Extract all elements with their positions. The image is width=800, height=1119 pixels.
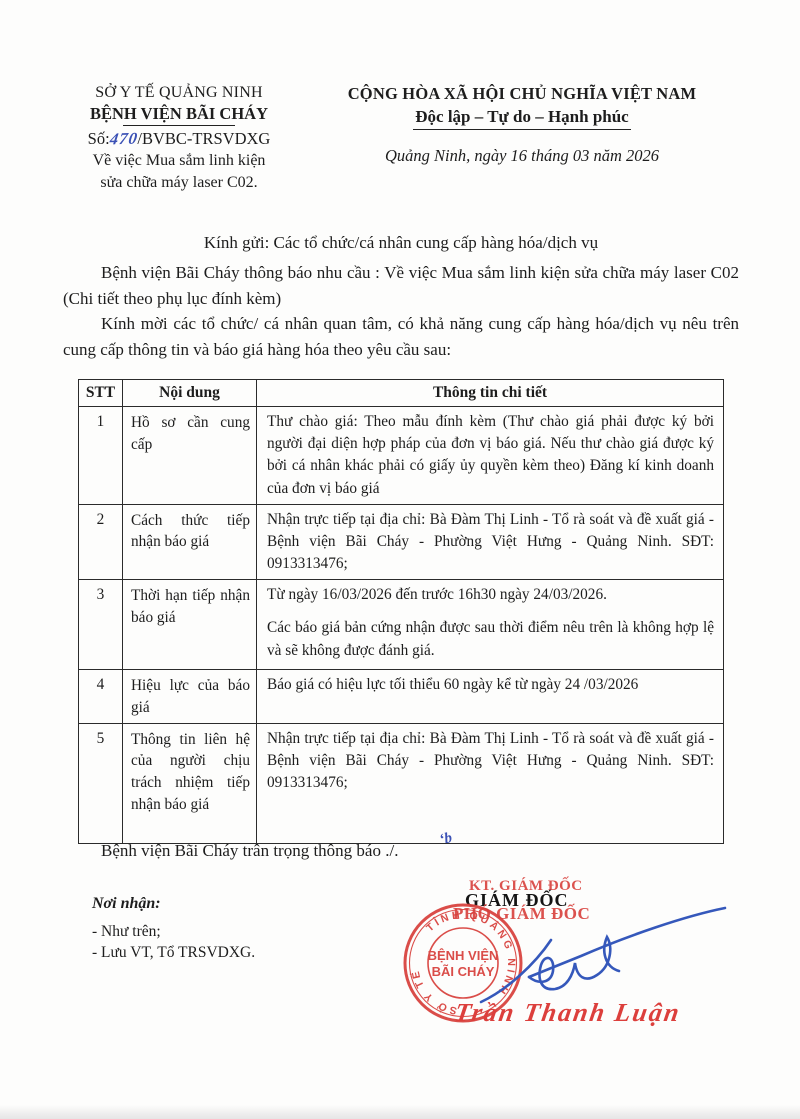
row-detail: Nhận trực tiếp tại địa chỉ: Bà Đàm Thị L… [257, 504, 724, 580]
table-row: 3 Thời hạn tiếp nhận báo giá Từ ngày 16/… [79, 580, 724, 670]
detail-paragraph: Nhận trực tiếp tại địa chỉ: Bà Đàm Thị L… [267, 509, 714, 576]
parent-authority: SỞ Y TẾ QUẢNG NINH [56, 84, 302, 102]
motto-underline [413, 129, 631, 130]
detail-paragraph: Báo giá có hiệu lực tối thiểu 60 ngày kể… [267, 674, 714, 696]
closing-text: Bệnh viện Bãi Cháy trân trọng thông báo … [101, 841, 398, 860]
org-name: BỆNH VIỆN BÃI CHÁY [56, 104, 302, 124]
table-row: 4 Hiệu lực của báo giá Báo giá có hiệu l… [79, 670, 724, 723]
subject-line-1: Về việc Mua sắm linh kiện [56, 151, 302, 171]
doc-no-handwritten: 470 [108, 129, 139, 150]
quotation-requirements-table: STT Nội dung Thông tin chi tiết 1 Hồ sơ … [78, 379, 724, 844]
signature-block: KT. GIÁM ĐỐC GIÁM ĐỐC PHÓ GIÁM ĐỐC TỈNH … [395, 872, 745, 1107]
detail-paragraph: Từ ngày 16/03/2026 đến trước 16h30 ngày … [267, 584, 714, 606]
motto: Độc lập – Tự do – Hạnh phúc [312, 107, 732, 127]
row-topic: Thời hạn tiếp nhận báo giá [123, 580, 257, 670]
row-topic: Thông tin liên hệ của người chịu trách n… [123, 723, 257, 843]
national-motto-block: CỘNG HÒA XÃ HỘI CHỦ NGHĨA VIỆT NAM Độc l… [312, 84, 732, 166]
scan-edge-artifact [0, 1105, 800, 1119]
row-number: 5 [79, 723, 123, 843]
detail-paragraph: Nhận trực tiếp tại địa chỉ: Bà Đàm Thị L… [267, 728, 714, 795]
row-number: 3 [79, 580, 123, 670]
detail-paragraph: Thư chào giá: Theo mẫu đính kèm (Thư chà… [267, 411, 714, 500]
paragraph-invitation: Kính mời các tổ chức/ cá nhân quan tâm, … [63, 311, 739, 362]
recipients-title: Nơi nhận: [92, 893, 255, 915]
subject-line-2: sửa chữa máy laser C02. [56, 173, 302, 193]
table-row: 2 Cách thức tiếp nhận báo giá Nhận trực … [79, 504, 724, 580]
row-topic: Cách thức tiếp nhận báo giá [123, 504, 257, 580]
doc-no-prefix: Số: [88, 129, 110, 148]
salutation: Kính gửi: Các tổ chức/cá nhân cung cấp h… [63, 233, 739, 253]
detail-paragraph: Các báo giá bản cứng nhận được sau thời … [267, 617, 714, 661]
paragraph-announcement: Bệnh viện Bãi Cháy thông báo nhu cầu : V… [63, 260, 739, 311]
row-number: 2 [79, 504, 123, 580]
table-row: 5 Thông tin liên hệ của người chịu trách… [79, 723, 724, 843]
letter-body: Kính gửi: Các tổ chức/cá nhân cung cấp h… [63, 233, 739, 362]
col-header-noi-dung: Nội dung [123, 380, 257, 407]
row-detail: Từ ngày 16/03/2026 đến trước 16h30 ngày … [257, 580, 724, 670]
table-row: 1 Hồ sơ cần cung cấp Thư chào giá: Theo … [79, 407, 724, 505]
document-page: SỞ Y TẾ QUẢNG NINH BỆNH VIỆN BÃI CHÁY Số… [0, 0, 800, 1119]
row-topic: Hiệu lực của báo giá [123, 670, 257, 723]
row-number: 4 [79, 670, 123, 723]
recipient-item: - Như trên; [92, 921, 255, 942]
document-number: Số:470/BVBC-TRSVDXG [56, 129, 302, 149]
org-underline [123, 125, 235, 126]
col-header-stt: STT [79, 380, 123, 407]
signer-name: Trần Thanh Luận [453, 998, 683, 1028]
row-detail: Nhận trực tiếp tại địa chỉ: Bà Đàm Thị L… [257, 723, 724, 843]
recipient-item: - Lưu VT, Tổ TRSVDXG. [92, 942, 255, 963]
issuing-org-block: SỞ Y TẾ QUẢNG NINH BỆNH VIỆN BÃI CHÁY Số… [56, 84, 302, 193]
doc-no-suffix: /BVBC-TRSVDXG [137, 129, 270, 148]
dateline: Quảng Ninh, ngày 16 tháng 03 năm 2026 [312, 146, 732, 166]
closing-line: Bệnh viện Bãi Cháy trân trọng thông báo … [63, 841, 739, 861]
national-title: CỘNG HÒA XÃ HỘI CHỦ NGHĨA VIỆT NAM [312, 84, 732, 104]
recipients-block: Nơi nhận: - Như trên; - Lưu VT, Tổ TRSVD… [92, 893, 255, 964]
row-topic: Hồ sơ cần cung cấp [123, 407, 257, 505]
row-detail: Thư chào giá: Theo mẫu đính kèm (Thư chà… [257, 407, 724, 505]
col-header-chi-tiet: Thông tin chi tiết [257, 380, 724, 407]
table-header-row: STT Nội dung Thông tin chi tiết [79, 380, 724, 407]
row-number: 1 [79, 407, 123, 505]
row-detail: Báo giá có hiệu lực tối thiểu 60 ngày kể… [257, 670, 724, 723]
